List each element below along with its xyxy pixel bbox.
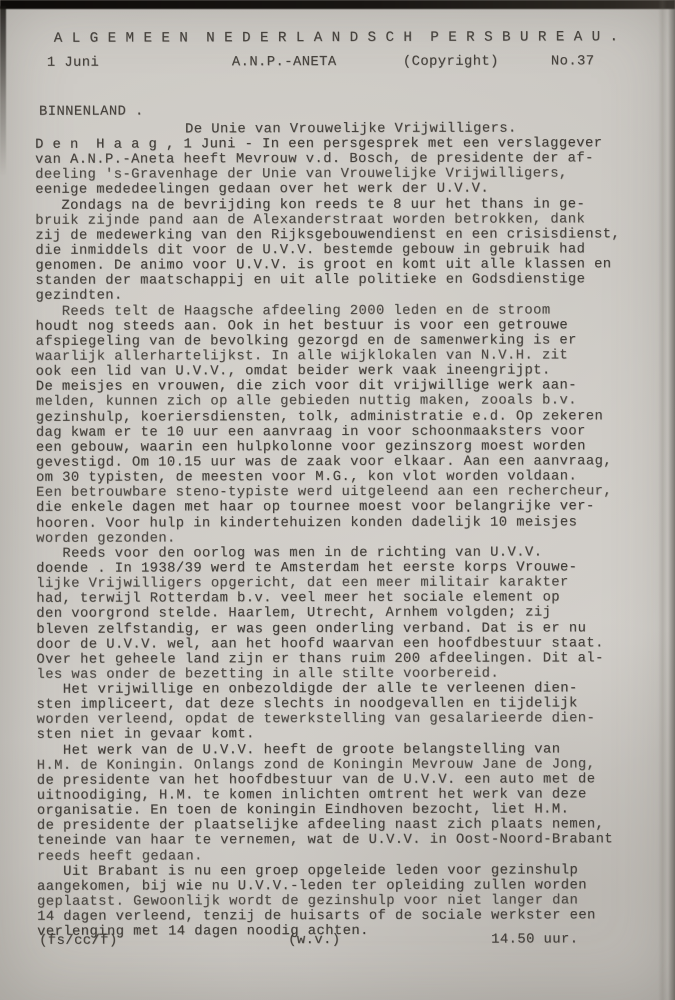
copyright-notice: (Copyright) [403, 55, 499, 70]
body-line: eenige mededeelingen gedaan over het wer… [35, 182, 620, 199]
body-line: bruik zijnde pand aan de Alexanderstraat… [35, 212, 620, 229]
wire-service-name: A.N.P.-ANETA [232, 55, 337, 70]
body-line: gezinshulp, koeriersdiensten, tolk, admi… [36, 409, 621, 426]
body-line: Reeds voor den oorlog was men in de rich… [36, 545, 621, 562]
agency-header: A L G E M E E N N E D E R L A N D S C H … [54, 30, 619, 47]
body-line: Het werk van de U.V.V. heeft de groote b… [37, 742, 622, 759]
issue-time: 14.50 uur. [491, 932, 578, 947]
body-line: de presidente van het hoofdbestuur van d… [37, 772, 622, 789]
article-title: De Unie van Vrouwelijke Vrijwilligers. [185, 122, 517, 138]
body-line: reeds heeft gedaan. [37, 848, 622, 865]
footer-row: (fs/cc/f) (w.v.) 14.50 uur. [1, 932, 675, 950]
issue-date: 1 Juni [47, 56, 99, 71]
body-line: uitnoodiging, H.M. te komen inlichten om… [37, 787, 622, 804]
body-line: Het vrijwillige en onbezoldigde der alle… [36, 681, 621, 698]
body-line: deeling 's-Gravenhage der Unie van Vrouw… [35, 167, 620, 184]
section-label: BINNENLAND . [39, 105, 144, 120]
body-line: die inmiddels dit voor de U.V.V. bestemd… [35, 242, 620, 259]
body-line: houdt nog steeds aan. Ook in het bestuur… [36, 318, 621, 335]
article-body: D e n H a a g , 1 Juni - In een persgesp… [35, 136, 622, 940]
body-line: H.M. de Koningin. Onlangs zond de Koning… [37, 757, 622, 774]
body-line: worden gezonden. [36, 530, 621, 547]
body-line: waarlijk allerhartelijkst. In alle wijkl… [36, 348, 621, 365]
editor-initials: (fs/cc/f) [39, 934, 118, 949]
body-line: sten niet in gevaar komt. [37, 727, 622, 744]
body-line: gezindten. [35, 288, 620, 305]
body-line: D e n H a a g , 1 Juni - In een persgesp… [35, 136, 620, 153]
body-line: standen der maatschappij en uit alle pol… [35, 273, 620, 290]
document-sheet: A L G E M E E N N E D E R L A N D S C H … [0, 0, 675, 1000]
body-line: melden, kunnen zich op alle gebieden nut… [36, 394, 621, 411]
body-line: die enkele dagen met haar op tournee moe… [36, 500, 621, 517]
body-line: aangekomen, bij wie nu U.V.V.-leden ter … [37, 878, 622, 895]
body-line: dag kwam er te 10 uur een aanvraag in vo… [36, 424, 621, 441]
body-line: gevestigd. Om 10.15 uur was de zaak voor… [36, 454, 621, 471]
body-line: 14 dagen verleend, tenzij de huisarts of… [37, 908, 622, 925]
body-line: hooren. Voor hulp in kindertehuizen kond… [36, 515, 621, 532]
body-line: Uit Brabant is nu een groep opgeleide le… [37, 863, 622, 880]
body-line: afspiegeling van de bevolking gezorgd en… [36, 333, 621, 350]
body-line: Over het geheele land zijn er thans ruim… [36, 651, 621, 668]
body-line: een gebouw, waarin een hulpkolonne voor … [36, 439, 621, 456]
body-line: Reeds telt de Haagsche afdeeling 2000 le… [35, 303, 620, 320]
issue-meta-row: 1 Juni A.N.P.-ANETA (Copyright) No.37 [0, 54, 674, 72]
scanned-press-bulletin: A L G E M E E N N E D E R L A N D S C H … [0, 0, 675, 1000]
body-line: Zondags na de bevrijding kon reeds te 8 … [35, 197, 620, 214]
issue-number: No.37 [551, 54, 595, 69]
body-line: worden verleend, opdat de tewerkstelling… [37, 712, 622, 729]
body-line: teneinde van haar te vernemen, wat de U.… [37, 833, 622, 850]
body-line: den voorgrond stelde. Haarlem, Utrecht, … [36, 606, 621, 623]
body-line: les was onder de bezetting in alle stilt… [36, 666, 621, 683]
body-line: zij de medewerking van den Rijksgebouwen… [35, 227, 620, 244]
body-line: door de U.V.V. wel, aan het hoofd waarva… [36, 636, 621, 653]
body-line: bleven zelfstandig, er was geen onderlin… [36, 621, 621, 638]
body-line: doende . In 1938/39 werd te Amsterdam he… [36, 560, 621, 577]
body-line: geplaatst. Gewoonlijk wordt de gezinshul… [37, 893, 622, 910]
footer-credit: (w.v.) [288, 933, 340, 948]
